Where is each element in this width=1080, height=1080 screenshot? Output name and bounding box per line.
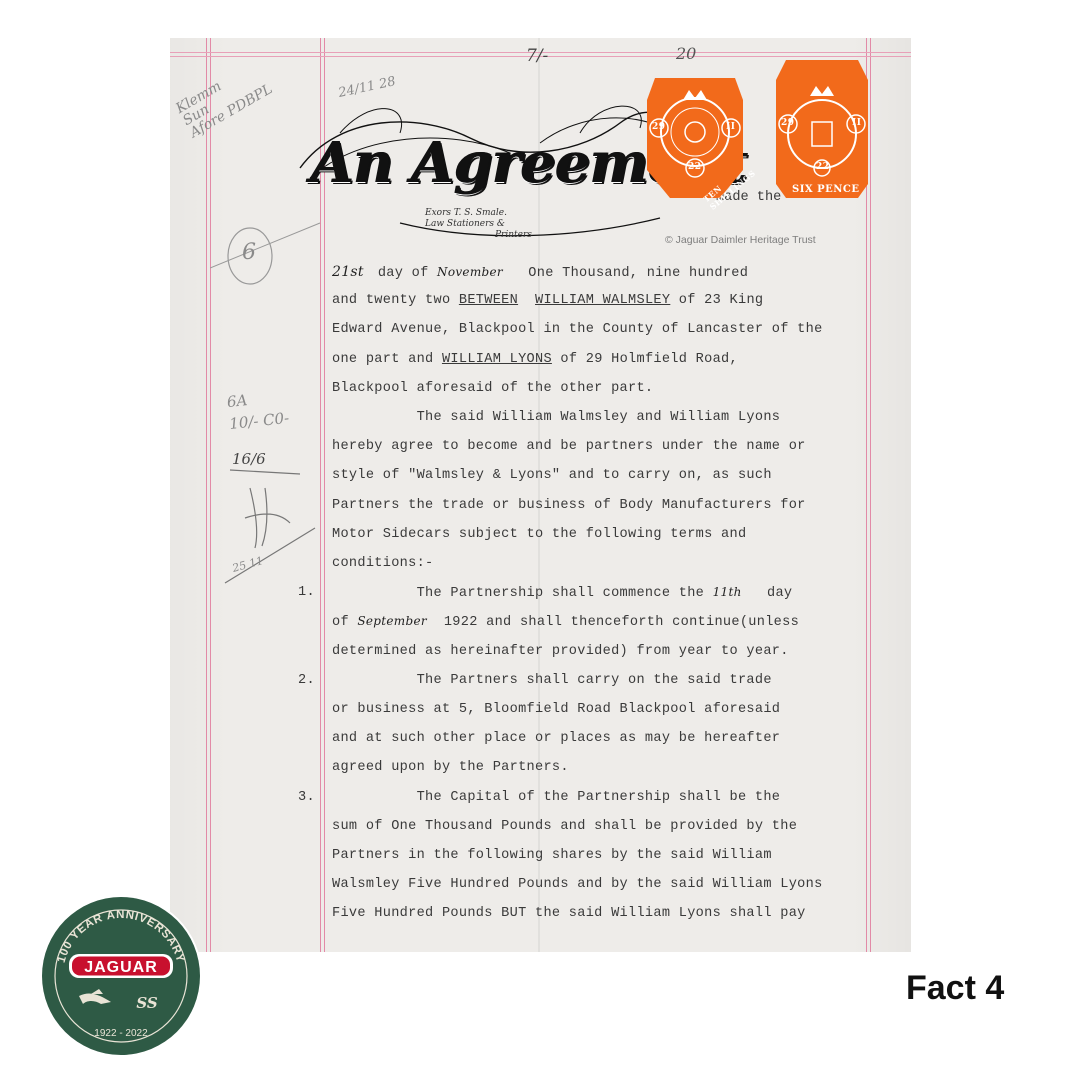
margin-rule	[870, 38, 871, 952]
document-line: hereby agree to become and be partners u…	[332, 439, 806, 454]
jaguar-centenary-badge: 100 YEAR ANNIVERSARY JAGUAR SS 1922 - 20…	[39, 894, 203, 1058]
typed-text: one part and	[332, 352, 442, 367]
clause-number: 3.	[298, 790, 315, 805]
pencil-margin-notes: 6A 10/- C0-	[226, 385, 290, 435]
party-name: WILLIAM WALMSLEY	[535, 293, 670, 308]
document-line: Partners in the following shares by the …	[332, 848, 772, 863]
typed-text: Walsmley Five Hundred Pounds and by the …	[332, 877, 823, 892]
typed-text: and at such other place or places as may…	[332, 731, 780, 746]
document-line: or business at 5, Bloomfield Road Blackp…	[332, 702, 780, 717]
typed-text: of	[332, 615, 357, 630]
document-line: Five Hundred Pounds BUT the said William…	[332, 906, 806, 921]
document-line: The Partnership shall commence the 11th …	[332, 585, 792, 601]
typed-text: Partners the trade or business of Body M…	[332, 498, 806, 513]
typed-text: One Thousand, nine hundred	[503, 266, 748, 281]
agreement-document: Klemm Sun Afore PDBPL 24/11 28 7/- 20 6 …	[170, 38, 911, 952]
typed-text: and twenty two	[332, 293, 459, 308]
copyright-notice: © Jaguar Daimler Heritage Trust	[665, 234, 816, 246]
typed-text: The Capital of the Partnership shall be …	[332, 790, 780, 805]
revenue-stamp-six-pence: 29 II 22 SIX PENCE	[774, 56, 870, 206]
handwritten-entry: 21st	[332, 264, 364, 280]
handwritten-entry: November	[437, 265, 503, 279]
document-line: The said William Walmsley and William Ly…	[332, 410, 780, 425]
document-line: Motor Sidecars subject to the following …	[332, 527, 746, 542]
party-name: WILLIAM LYONS	[442, 352, 552, 367]
document-line: one part and WILLIAM LYONS of 29 Holmfie…	[332, 352, 738, 367]
handwritten-entry: 11th	[713, 585, 742, 599]
document-line: conditions:-	[332, 556, 434, 571]
typed-text: conditions:-	[332, 556, 434, 571]
typed-text: Blackpool aforesaid of the other part.	[332, 381, 653, 396]
typed-text: Motor Sidecars subject to the following …	[332, 527, 746, 542]
document-line: agreed upon by the Partners.	[332, 760, 569, 775]
typed-text: day	[742, 586, 793, 601]
document-line: The Capital of the Partnership shall be …	[332, 790, 780, 805]
typed-text: The Partnership shall commence the	[332, 586, 713, 601]
typed-text: The Partners shall carry on the said tra…	[332, 673, 772, 688]
pencil-note: 7/-	[526, 46, 548, 66]
svg-text:1922 - 2022: 1922 - 2022	[94, 1028, 148, 1039]
typed-text: Edward Avenue, Blackpool in the County o…	[332, 322, 823, 337]
clause-number: 2.	[298, 673, 315, 688]
document-line: and at such other place or places as may…	[332, 731, 780, 746]
typed-text: hereby agree to become and be partners u…	[332, 439, 806, 454]
document-line: Blackpool aforesaid of the other part.	[332, 381, 653, 396]
typed-text: 1922 and shall thenceforth continue(unle…	[427, 615, 799, 630]
party-name: BETWEEN	[459, 293, 518, 308]
clause-number: 1.	[298, 585, 315, 600]
typed-text: determined as hereinafter provided) from…	[332, 644, 789, 659]
typed-text: agreed upon by the Partners.	[332, 760, 569, 775]
typed-text: of 23 King	[670, 293, 763, 308]
document-line: determined as hereinafter provided) from…	[332, 644, 789, 659]
typed-text: or business at 5, Bloomfield Road Blackp…	[332, 702, 780, 717]
ink-margin-note: 16/6	[232, 450, 266, 468]
margin-rule	[210, 38, 211, 952]
typed-text: Partners in the following shares by the …	[332, 848, 772, 863]
document-line: sum of One Thousand Pounds and shall be …	[332, 819, 797, 834]
document-line: The Partners shall carry on the said tra…	[332, 673, 772, 688]
typed-text: day of	[378, 266, 437, 281]
svg-text:SS: SS	[136, 994, 158, 1012]
document-line: 21stday of November One Thousand, nine h…	[332, 264, 748, 281]
svg-text:JAGUAR: JAGUAR	[84, 959, 158, 976]
pencil-note: 20	[676, 44, 696, 63]
revenue-stamp-ten-shillings: 29 II 22 TEN SHILLINGS	[645, 70, 745, 205]
document-line: and twenty two BETWEEN WILLIAM WALMSLEY …	[332, 293, 763, 308]
typed-text: style of "Walmsley & Lyons" and to carry…	[332, 468, 772, 483]
typed-text: The said William Walmsley and William Ly…	[332, 410, 780, 425]
handwritten-entry: September	[357, 614, 427, 628]
document-line: Edward Avenue, Blackpool in the County o…	[332, 322, 823, 337]
typed-text: sum of One Thousand Pounds and shall be …	[332, 819, 797, 834]
document-line: Walsmley Five Hundred Pounds and by the …	[332, 877, 823, 892]
margin-rule	[206, 38, 207, 952]
typed-text: Five Hundred Pounds BUT the said William…	[332, 906, 806, 921]
pencil-circled-number: 6	[242, 240, 256, 265]
document-line: Partners the trade or business of Body M…	[332, 498, 806, 513]
printer-imprint: Exors T. S. Smale. Law Stationers & Prin…	[425, 208, 532, 241]
document-line: style of "Walmsley & Lyons" and to carry…	[332, 468, 772, 483]
pencil-note: Klemm Sun Afore PDBPL	[174, 58, 275, 141]
typed-text	[518, 293, 535, 308]
typed-text: of 29 Holmfield Road,	[552, 352, 738, 367]
document-line: of September 1922 and shall thenceforth …	[332, 614, 799, 630]
fact-caption: Fact 4	[906, 969, 1004, 1008]
